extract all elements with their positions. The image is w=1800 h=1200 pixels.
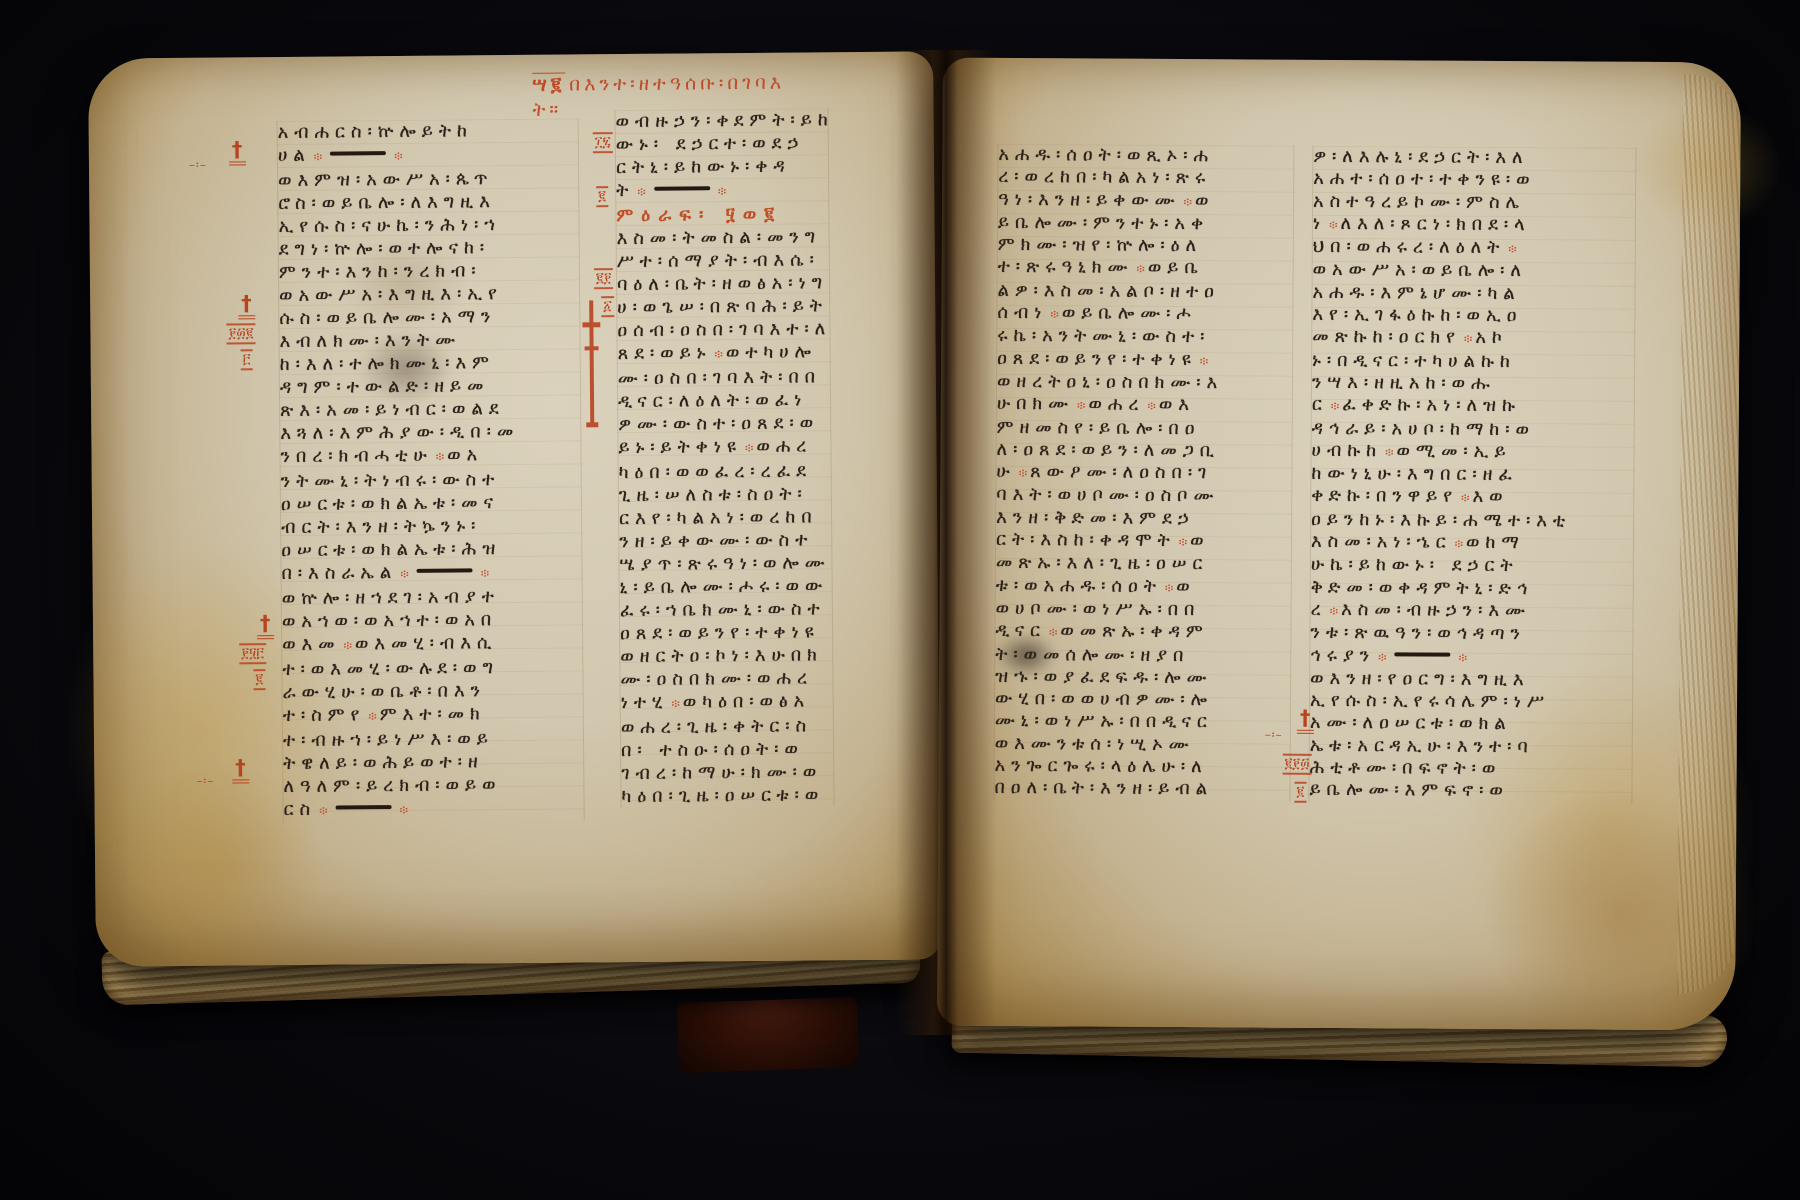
red-separator-mark: ፨ bbox=[745, 441, 754, 455]
manuscript-line: ንቱ፡ጽዉዓን፡ወኅዳጣን bbox=[1310, 622, 1632, 646]
manuscript-line: ውኑ፡ ደኃርተ፡ወደኃ bbox=[616, 131, 828, 156]
manuscript-line: እስመ፡አነ፡ኄር፨ወከማ bbox=[1311, 531, 1633, 556]
manuscript-line: ዲናር፡ለዕለት፡ወፈነ bbox=[618, 388, 830, 413]
manuscript-line: ይቤሎሙ፡እምፍኖ፡ወ bbox=[1309, 779, 1631, 803]
manuscript-line: ተ፡ስምየ፨ምእተ፡መክ bbox=[283, 701, 583, 729]
manuscript-line: አንጐርጐሩ፡ላዕሌሁ፡ለ bbox=[995, 755, 1290, 779]
red-separator-mark: ፨ bbox=[400, 803, 409, 817]
manuscript-line: ሙ፡ዐስበክሙ፡ወሐረ bbox=[620, 666, 832, 691]
manuscript-line: ወእንዘ፡የዐርግ፡እግዚእ bbox=[1310, 668, 1632, 692]
manuscript-line: ከ፡እለ፡ተሎክሙኒ፡እም bbox=[280, 350, 580, 376]
text-column-right-1: አሐዱ፡ሰዐት፡ወጺኦ፡ሐረ፡ወረከበ፡ካልአነ፡ጽሩዓነ፡እንዘ፡ይቀውሙ፨ወ… bbox=[993, 144, 1294, 801]
book-spine bbox=[677, 997, 859, 1073]
manuscript-line: ተ፡ወእመሂ፡ውሉደ፡ወግ bbox=[282, 655, 582, 681]
manuscript-line: ርትኒ፡ይከውኑ፡ቀዳ bbox=[616, 154, 828, 179]
manuscript-line: ኑ፡በዲናር፡ተካሀልኩከ bbox=[1312, 350, 1634, 374]
manuscript-line: ሙኒ፡ወነሥኡ፡በበዲናር bbox=[995, 710, 1290, 734]
folio-number: ሣ፪ bbox=[532, 74, 565, 96]
manuscript-line: እብለክሙ፡እንትሙ bbox=[279, 327, 579, 353]
manuscript-line: ነተሂ፨ወካዕበ፡ወፅአ bbox=[621, 689, 833, 716]
manuscript-line: ሩኬ፡አንትሙኒ፡ውስተ፡ bbox=[997, 325, 1292, 349]
red-separator-mark: ፨ bbox=[1049, 625, 1058, 639]
red-cross-mark: † bbox=[238, 293, 255, 319]
manuscript-line: ሀብኩከ፨ወሚመ፡ኢይ bbox=[1311, 440, 1633, 465]
manuscript-line: ወእሙንቱሰ፡ነሢኦሙ bbox=[995, 733, 1290, 757]
manuscript-line: ጸደ፡ወይኑ፨ወተካሀሎ bbox=[618, 340, 830, 367]
marginal-numeral: ፻፴፪ bbox=[226, 323, 255, 345]
red-separator-mark: ፨ bbox=[1136, 262, 1145, 276]
red-separator-mark: ፨ bbox=[319, 804, 328, 818]
manuscript-line: ለ፡ዐጸደ፡ወይን፡ለመጋቢ bbox=[997, 439, 1292, 463]
marginal-numeral: ፻፶፫ bbox=[239, 643, 266, 665]
chapter-heading-line: ምዕራፍ፡ ፶ወ፪ bbox=[616, 202, 828, 227]
manuscript-line: ልዎ፡እስመ፡አልቦ፡ዘተዐ bbox=[997, 280, 1292, 304]
red-separator-mark: ፨ bbox=[714, 347, 723, 361]
manuscript-line: ሰብነ፨ወይቤሎሙ፡ሖ bbox=[997, 302, 1292, 327]
manuscript-line: ህበ፡ወሐሩረ፡ለዕለት፨ bbox=[1313, 236, 1635, 261]
manuscript-line: ዲናር፨ወመጽኡ፡ቀዳም bbox=[995, 620, 1290, 645]
manuscript-line: ነ፨ለእለ፡ጾርነ፡ክበደ፡ላ bbox=[1313, 213, 1635, 238]
red-separator-mark: ፨ bbox=[1459, 650, 1468, 664]
manuscript-line: ሁኬ፡ይከውኑ፡ ደኃርት bbox=[1311, 554, 1633, 578]
manuscript-line: ወአኀወ፡ወአኀተ፡ወአበ bbox=[282, 607, 582, 633]
manuscript-line: ር፨ፈቀድኩ፡አነ፡ለዝኩ bbox=[1312, 394, 1634, 419]
manuscript-line: ሀል፨፨ bbox=[278, 141, 578, 169]
manuscript-line: ሱስ፡ወይቤሎሙ፡አማን bbox=[279, 304, 579, 330]
marginal-numeral: ፪ bbox=[1294, 782, 1306, 803]
marginal-numeral: ፪ bbox=[596, 186, 608, 207]
manuscript-line: ኅሩያን፨፨ bbox=[1310, 644, 1632, 669]
red-separator-mark: ፨ bbox=[1019, 466, 1028, 480]
open-codex: ሣ፪በእንተ፡ዘተዓሰቡ፡በገባእ ት። አብሐርስ፡ኵሎይትከሀል፨፨ወእምዝ… bbox=[0, 0, 1800, 1200]
manuscript-line: ወእመ፨ወእመሂ፡ብእሲ bbox=[282, 630, 582, 658]
manuscript-line: ንዘ፡ይቀውሙ፡ውስተ bbox=[619, 528, 831, 553]
manuscript-line: ረ፨እስመ፡ብዙኃን፡እሙ bbox=[1311, 599, 1633, 624]
text-column-left-2: ወብዙኃን፡ቀደምት፡ይከውኑ፡ ደኃርተ፡ወደኃርትኒ፡ይከውኑ፡ቀዳት፨፨ም… bbox=[615, 108, 835, 808]
red-separator-mark: ፨ bbox=[671, 697, 680, 711]
manuscript-line: በ፡ ተስዑ፡ሰዐት፡ወ bbox=[621, 737, 833, 762]
red-separator-mark: ፨ bbox=[1331, 399, 1340, 413]
red-separator-mark: ፨ bbox=[1184, 195, 1193, 209]
manuscript-line: ባዕለ፡ቤት፡ዘወፅአ፡ነግ bbox=[617, 271, 829, 296]
red-separator-mark: ፨ bbox=[1455, 537, 1464, 551]
manuscript-line: ሙ፡ዐስበ፡ገባእት፡በበ bbox=[618, 365, 830, 390]
red-separator-mark: ፨ bbox=[1147, 399, 1156, 413]
manuscript-line: ወእምዝ፡አውሥአ፡ጴጥ bbox=[278, 166, 578, 192]
manuscript-line: ወዘርትዐ፡ኮነ፡እሁበክ bbox=[620, 643, 832, 668]
manuscript-line: ኒ፡ይቤሎሙ፡ሖሩ፡ወው bbox=[620, 574, 832, 599]
manuscript-line: ንበረ፡ክብሓቲሁ፨ወአ bbox=[280, 442, 580, 470]
manuscript-line: ዳኅራይ፡አሀቦ፡ከማከ፡ወ bbox=[1312, 417, 1634, 441]
manuscript-line: ርስ፨፨ bbox=[284, 795, 584, 823]
marginal-numeral: ፪ bbox=[253, 669, 265, 690]
manuscript-line: ዐጸደ፡ወይንየ፡ተቀነዩ፨ bbox=[997, 348, 1292, 373]
manuscript-line: በዐለ፡ቤት፡እንዘ፡ይብል bbox=[994, 777, 1289, 801]
manuscript-line: አሙ፡ለዐሠርቱ፡ወክል bbox=[1310, 712, 1632, 736]
manuscript-line: ውሂበ፡ወወሀብዎሙ፡ሎ bbox=[995, 688, 1290, 712]
red-separator-mark: ፨ bbox=[637, 185, 646, 199]
red-separator-mark: ፨ bbox=[1179, 535, 1188, 549]
manuscript-line: ረ፡ወረከበ፡ካልአነ፡ጽሩ bbox=[998, 166, 1293, 190]
manuscript-line: ንትሙኒ፡ትነብሩ፡ውስተ bbox=[281, 467, 581, 493]
manuscript-photo: ሣ፪በእንተ፡ዘተዓሰቡ፡በገባእ ት። አብሐርስ፡ኵሎይትከሀል፨፨ወእምዝ… bbox=[0, 0, 1800, 1200]
manuscript-line: ርት፡እስከ፡ቀዳሞት፨ወ bbox=[996, 529, 1291, 554]
manuscript-line: በ፡እስራኤል፨፨ bbox=[281, 559, 581, 587]
marginal-numeral: ፩ bbox=[601, 296, 614, 317]
red-separator-mark: ፨ bbox=[400, 567, 409, 581]
manuscript-line: ይቤሎሙ፡ምንተኑ፡አቀ bbox=[998, 212, 1293, 236]
section-end-rule bbox=[1395, 652, 1451, 656]
marginal-numeral: ፪፻ bbox=[594, 268, 614, 290]
manuscript-line: ተ፡ጽሩዓኒክሙ፨ወይቤ bbox=[998, 256, 1293, 281]
manuscript-line: እስመ፡ትመስል፡መንግ bbox=[617, 225, 829, 250]
text-column-right-2: ዎ፡ለእሉኒ፡ደኃርት፡እለአሐተ፡ሰዐተ፡ተቀንዩ፡ወአስተዓረይኮሙ፡ምስሌ… bbox=[1308, 146, 1636, 804]
red-cross-mark: † bbox=[257, 613, 274, 639]
manuscript-line: ዐጸደ፡ወይንየ፡ተቀነዩ bbox=[620, 620, 832, 645]
section-end-rule bbox=[654, 186, 710, 190]
manuscript-line: ዐይንከኑ፡እኩይ፡ሐሜተ፡እቲ bbox=[1311, 509, 1633, 533]
red-separator-mark: ፨ bbox=[718, 184, 727, 198]
manuscript-line: እጓለ፡እምሕያው፡ዲበ፡መ bbox=[280, 419, 580, 445]
manuscript-line: ይኑ፡ይትቀነዩ፨ወሐረ bbox=[618, 434, 830, 461]
manuscript-line: ሁበክሙ፨ወሐረ፨ወእ bbox=[997, 393, 1292, 418]
manuscript-line: ቅድመ፡ወቀዳምትኒ፡ድኅ bbox=[1311, 576, 1633, 600]
parchment-stain bbox=[1485, 789, 1757, 1041]
manuscript-line: ምዘመስየ፡ይቤሎ፡በዐ bbox=[997, 416, 1292, 440]
manuscript-line: ት፨፨ bbox=[616, 177, 828, 204]
section-end-rule bbox=[330, 151, 386, 155]
manuscript-line: ገብረ፡ከማሁ፡ክሙ፡ወ bbox=[621, 760, 833, 785]
manuscript-line: ካዕበ፡ወወፈረ፡ረፈደ bbox=[619, 459, 831, 484]
manuscript-line: ራውሂሁ፡ወቤቶ፡በእን bbox=[282, 678, 582, 704]
manuscript-line: ለዓለም፡ይረክብ፡ወይወ bbox=[283, 772, 583, 798]
red-separator-mark: ፨ bbox=[1461, 491, 1470, 505]
manuscript-line: እየ፡ኢገፋዕኩከ፡ወኢዐ bbox=[1312, 304, 1634, 328]
manuscript-line: ጽእ፡አመ፡ይነብር፡ወልደ bbox=[280, 396, 580, 422]
manuscript-line: ወሀቦሙ፡ወነሥኡ፡በበ bbox=[996, 598, 1291, 622]
rubric-title: በእንተ፡ዘተዓሰቡ፡በገባእ bbox=[569, 72, 785, 96]
parchment-stain bbox=[1632, 102, 1783, 233]
manuscript-line: ሥተ፡ሰማያት፡ብእሴ፡ bbox=[617, 248, 829, 273]
page-left: ሣ፪በእንተ፡ዘተዓሰቡ፡በገባእ ት። አብሐርስ፡ኵሎይትከሀል፨፨ወእምዝ… bbox=[88, 51, 941, 966]
manuscript-line: ኢየሱስ፡ኢየሩሳሌም፡ነሥ bbox=[1310, 690, 1632, 714]
red-separator-mark: ፨ bbox=[368, 709, 377, 723]
fore-edge-stripes bbox=[1677, 74, 1741, 994]
red-separator-mark: ፨ bbox=[394, 149, 403, 163]
manuscript-line: ምንተ፡እንከ፡ንረክብ፡ bbox=[279, 258, 579, 284]
red-cross-ornament bbox=[582, 300, 601, 432]
manuscript-line: ካዕበ፡ጊዜ፡ዐሠርቱ፡ወ bbox=[621, 783, 833, 808]
manuscript-line: ሕቲቶሙ፡በፍኖት፡ወ bbox=[1310, 757, 1632, 781]
red-separator-mark: ፨ bbox=[343, 638, 352, 652]
manuscript-line: ት፡ወመሰሎሙ፡ዘያበ bbox=[995, 643, 1290, 667]
red-separator-mark: ፨ bbox=[1330, 604, 1339, 618]
red-separator-mark: ፨ bbox=[1508, 242, 1517, 256]
rubric-header-line2: ት። bbox=[532, 95, 872, 123]
manuscript-line: ጊዜ፡ሠለስቱ፡ስዐት፡ bbox=[619, 482, 831, 507]
manuscript-line: ትዌለይ፡ወሕይወተ፡ዘ bbox=[283, 749, 583, 775]
rubric-header: ሣ፪በእንተ፡ዘተዓሰቡ፡በገባእ ት። bbox=[532, 70, 872, 123]
manuscript-line: ዝኁ፡ወያፈደፍዱ፡ሎሙ bbox=[995, 666, 1290, 690]
red-separator-mark: ፨ bbox=[1165, 581, 1174, 595]
manuscript-line: አስተዓረይኮሙ፡ምስሌ bbox=[1313, 190, 1635, 214]
manuscript-line: ዐሠርቱ፡ወክልኤቱ፡ሕዝ bbox=[281, 536, 581, 562]
manuscript-line: ንሣእ፡ዘዚአከ፡ወሑ bbox=[1312, 372, 1634, 396]
manuscript-line: ሮስ፡ወይቤሎ፡ለእግዚእ bbox=[278, 189, 578, 215]
manuscript-line: ባእት፡ወሀቦሙ፡ዐስቦሙ bbox=[996, 484, 1291, 508]
manuscript-line: ወሐረ፡ጊዜ፡ቀትር፡ስ bbox=[621, 714, 833, 739]
red-separator-mark: ፨ bbox=[1200, 354, 1209, 368]
red-cross-mark: † bbox=[232, 757, 249, 783]
manuscript-line: ወዘረትዐኒ፡ዐስበክሙ፡እ bbox=[997, 371, 1292, 395]
manuscript-line: ዎሙ፡ውስተ፡ዐጸደ፡ወ bbox=[618, 411, 830, 436]
section-end-rule bbox=[417, 568, 473, 572]
rubric-header-line1: ሣ፪በእንተ፡ዘተዓሰቡ፡በገባእ bbox=[532, 70, 872, 98]
red-separator-mark: ፨ bbox=[1050, 307, 1059, 321]
manuscript-line: ዳግም፡ተውልድ፡ዘይመ bbox=[280, 373, 580, 399]
section-end-rule bbox=[336, 805, 392, 809]
manuscript-line: ኢየሱስ፡ናሁኬ፡ንሕነ፡ኀ bbox=[278, 212, 578, 238]
marginal-numeral: ፫ bbox=[241, 349, 253, 370]
text-column-left-1: አብሐርስ፡ኵሎይትከሀል፨፨ወእምዝ፡አውሥአ፡ጴጥሮስ፡ወይቤሎ፡ለእግዚእ… bbox=[277, 118, 585, 823]
red-separator-mark: ፨ bbox=[1464, 332, 1473, 346]
manuscript-line: ተ፡ብዙኀ፡ይነሥእ፡ወይ bbox=[283, 726, 583, 752]
red-separator-mark: ፨ bbox=[1077, 399, 1086, 413]
manuscript-line: ወኵሎ፡ዘኀደገ፡አብያተ bbox=[282, 584, 582, 610]
manuscript-line: እንዘ፡ቅድመ፡እምደኃ bbox=[996, 507, 1291, 531]
manuscript-line: መጽኩከ፡ዐርክየ፨አኮ bbox=[1312, 326, 1634, 351]
red-separator-mark: ፨ bbox=[1378, 650, 1387, 664]
manuscript-line: ዐሰብ፡ዐስበ፡ገባእተ፡ለዐ bbox=[617, 317, 829, 342]
manuscript-line: ብርት፡እንዘ፡ትኴንኑ፡ bbox=[281, 513, 581, 539]
manuscript-line: ርእየ፡ካልአነ፡ወረከበ bbox=[619, 505, 831, 530]
manuscript-line: ዓነ፡እንዘ፡ይቀውሙ፨ወ bbox=[998, 189, 1293, 214]
red-separator-mark: ፨ bbox=[481, 566, 490, 580]
page-right: አሐዱ፡ሰዐት፡ወጺኦ፡ሐረ፡ወረከበ፡ካልአነ፡ጽሩዓነ፡እንዘ፡ይቀውሙ፨ወ… bbox=[937, 58, 1741, 1031]
manuscript-line: መጽኡ፡እለ፡ጊዜ፡ዐሠር bbox=[996, 552, 1291, 576]
manuscript-line: ቀድኩ፡በንዋይየ፨እወ bbox=[1311, 485, 1633, 510]
manuscript-line: ከውነኒሁ፡እግበር፡ዘፈ bbox=[1311, 463, 1633, 487]
manuscript-line: አሐተ፡ሰዐተ፡ተቀንዩ፡ወ bbox=[1313, 168, 1635, 192]
red-dash-mark: –፡– bbox=[196, 774, 214, 789]
manuscript-line: ዐሠርቱ፡ወክልኤቱ፡መና bbox=[281, 490, 581, 516]
manuscript-line: አሐዱ፡ሰዐት፡ወጺኦ፡ሐ bbox=[998, 144, 1293, 168]
red-separator-mark: ፨ bbox=[314, 150, 323, 164]
manuscript-line: ቱ፡ወአሐዱ፡ሰዐት፨ወ bbox=[996, 575, 1291, 600]
manuscript-line: ኤቱ፡አርዳኢሁ፡እንተ፡ባ bbox=[1310, 735, 1632, 759]
manuscript-line: አሐዱ፡እምኔሆሙ፡ካል bbox=[1312, 282, 1634, 306]
red-separator-mark: ፨ bbox=[1385, 445, 1394, 459]
manuscript-line: ሁ፨ጸውዖሙ፡ለዐስበ፡ገ bbox=[996, 461, 1291, 486]
manuscript-line: ፈሩ፡ኀቤክሙኒ፡ውስተ bbox=[620, 597, 832, 622]
manuscript-line: ደግነ፡ኵሎ፡ወተሎናከ፡ bbox=[279, 235, 579, 261]
manuscript-line: ወአውሥአ፡ወይቤሎ፡ለ bbox=[1313, 259, 1635, 283]
manuscript-line: ሀ፡ወጌሠ፡በጽባሕ፡ይት bbox=[617, 294, 829, 319]
red-cross-mark: † bbox=[229, 139, 246, 165]
manuscript-line: ምክሙ፡ዝየ፡ኵሎ፡ዕለ bbox=[998, 234, 1293, 258]
manuscript-line: ዎ፡ለእሉኒ፡ደኃርት፡እለ bbox=[1313, 146, 1635, 170]
red-separator-mark: ፨ bbox=[436, 450, 445, 464]
red-separator-mark: ፨ bbox=[1329, 218, 1338, 232]
red-dash-mark: –፡– bbox=[189, 158, 207, 173]
manuscript-line: ወአውሥአ፡እግዚእ፡ኢየ bbox=[279, 281, 579, 307]
manuscript-line: ሤያጥ፡ጽሩዓነ፡ወሎሙ bbox=[619, 551, 831, 576]
marginal-numeral: ፲፯ bbox=[593, 132, 613, 154]
